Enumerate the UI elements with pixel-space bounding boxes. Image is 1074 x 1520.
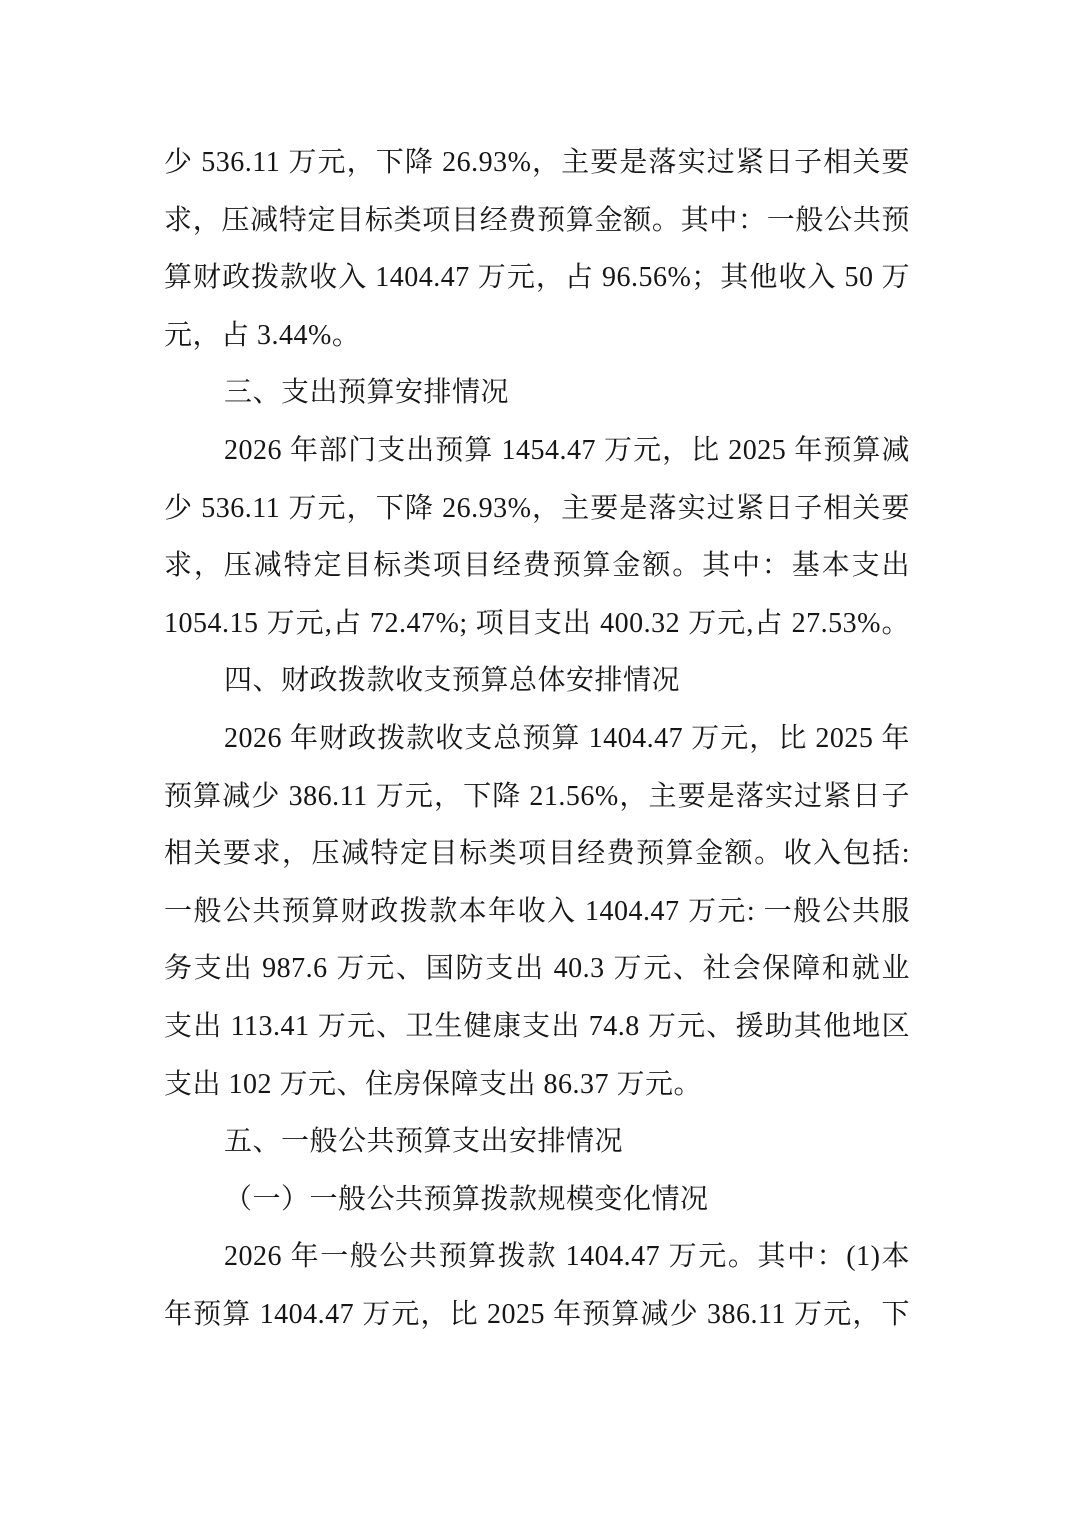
text-line: 年预算 1404.47 万元，比 2025 年预算减少 386.11 万元，下	[164, 1286, 910, 1344]
text-line: 1054.15 万元,占 72.47%; 项目支出 400.32 万元,占 27…	[164, 595, 910, 653]
text-line: 2026 年一般公共预算拨款 1404.47 万元。其中：(1)本	[164, 1228, 910, 1286]
document-content: 少 536.11 万元，下降 26.93%，主要是落实过紧日子相关要求，压减特定…	[164, 134, 910, 1343]
text-line: 求，压减特定目标类项目经费预算金额。其中：一般公共预	[164, 192, 910, 250]
text-line: 元，占 3.44%。	[164, 307, 910, 365]
text-line: 相关要求，压减特定目标类项目经费预算金额。收入包括:	[164, 825, 910, 883]
text-line: 2026 年财政拨款收支总预算 1404.47 万元，比 2025 年	[164, 710, 910, 768]
text-line: 求，压减特定目标类项目经费预算金额。其中：基本支出	[164, 537, 910, 595]
heading-line: 四、财政拨款收支预算总体安排情况	[164, 652, 910, 710]
text-line: 支出 113.41 万元、卫生健康支出 74.8 万元、援助其他地区	[164, 998, 910, 1056]
text-line: 少 536.11 万元，下降 26.93%，主要是落实过紧日子相关要	[164, 480, 910, 538]
subheading-line: （一）一般公共预算拨款规模变化情况	[164, 1171, 910, 1229]
text-line: 一般公共预算财政拨款本年收入 1404.47 万元: 一般公共服	[164, 883, 910, 941]
document-page: 少 536.11 万元，下降 26.93%，主要是落实过紧日子相关要求，压减特定…	[0, 0, 1074, 1520]
text-line: 算财政拨款收入 1404.47 万元，占 96.56%；其他收入 50 万	[164, 249, 910, 307]
text-line: 2026 年部门支出预算 1454.47 万元，比 2025 年预算减	[164, 422, 910, 480]
text-line: 少 536.11 万元，下降 26.93%，主要是落实过紧日子相关要	[164, 134, 910, 192]
heading-line: 三、支出预算安排情况	[164, 364, 910, 422]
text-line: 预算减少 386.11 万元，下降 21.56%，主要是落实过紧日子	[164, 768, 910, 826]
text-line: 务支出 987.6 万元、国防支出 40.3 万元、社会保障和就业	[164, 940, 910, 998]
text-line: 支出 102 万元、住房保障支出 86.37 万元。	[164, 1056, 910, 1114]
heading-line: 五、一般公共预算支出安排情况	[164, 1113, 910, 1171]
